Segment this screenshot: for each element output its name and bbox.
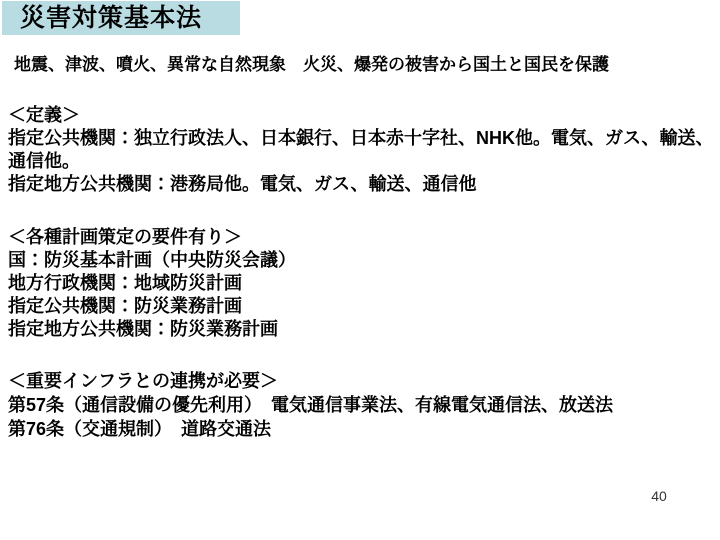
slide-title: 災害対策基本法: [2, 1, 240, 35]
section-definition-heading: ＜定義＞: [8, 104, 714, 127]
section-plans-line: 地方行政機関：地域防災計画: [8, 272, 714, 295]
slide-canvas: 災害対策基本法 地震、津波、噴火、異常な自然現象 火災、爆発の被害から国土と国民…: [0, 0, 720, 540]
slide-subtitle: 地震、津波、噴火、異常な自然現象 火災、爆発の被害から国土と国民を保護: [14, 54, 714, 76]
section-plans: ＜各種計画策定の要件有り＞ 国：防災基本計画（中央防災会議） 地方行政機関：地域…: [8, 226, 714, 341]
page-number: 40: [644, 488, 674, 504]
section-plans-line: 指定公共機関：防災業務計画: [8, 295, 714, 318]
section-plans-line: 国：防災基本計画（中央防災会議）: [8, 249, 714, 272]
section-plans-heading: ＜各種計画策定の要件有り＞: [8, 226, 714, 249]
section-infrastructure-line: 第76条（交通規制） 道路交通法: [8, 417, 714, 441]
section-definition: ＜定義＞ 指定公共機関：独立行政法人、日本銀行、日本赤十字社、NHK他。電気、ガ…: [8, 104, 714, 196]
section-infrastructure: ＜重要インフラとの連携が必要＞ 第57条（通信設備の優先利用） 電気通信事業法、…: [8, 369, 714, 441]
section-infrastructure-heading: ＜重要インフラとの連携が必要＞: [8, 369, 714, 393]
section-definition-line: 指定地方公共機関：港務局他。電気、ガス、輸送、通信他: [8, 173, 714, 196]
section-definition-line: 指定公共機関：独立行政法人、日本銀行、日本赤十字社、NHK他。電気、ガス、輸送、…: [8, 127, 714, 173]
section-infrastructure-line: 第57条（通信設備の優先利用） 電気通信事業法、有線電気通信法、放送法: [8, 393, 714, 417]
section-plans-line: 指定地方公共機関：防災業務計画: [8, 318, 714, 341]
